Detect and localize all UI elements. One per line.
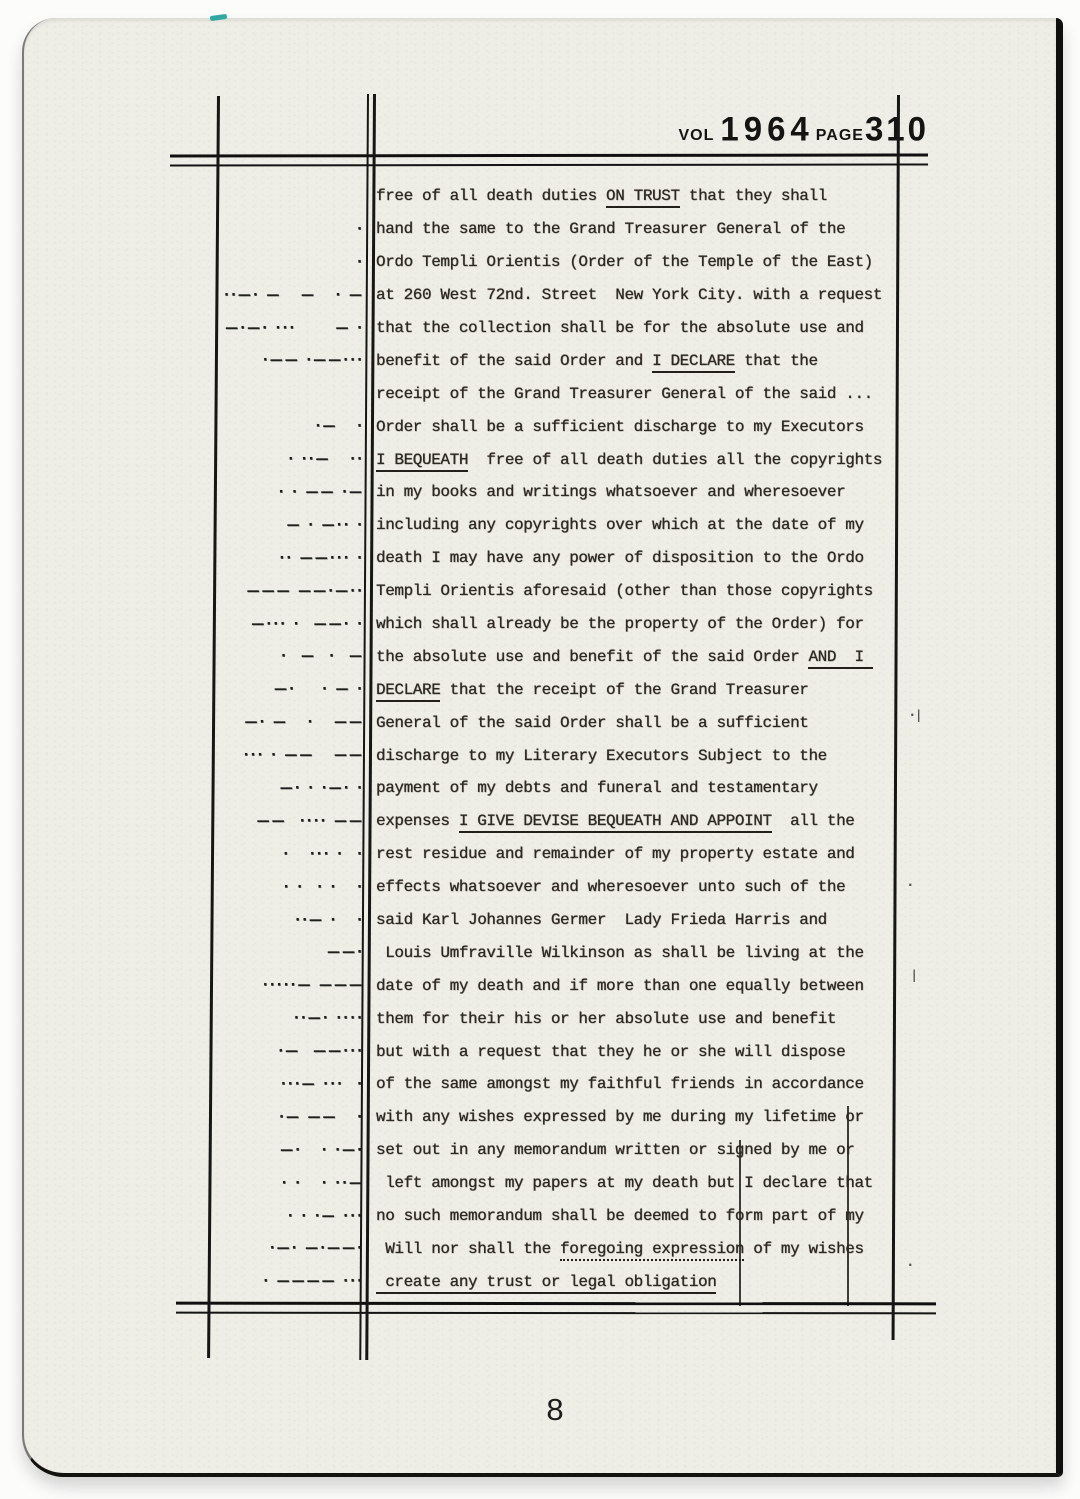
margin-marks: · — · — — [214, 649, 376, 664]
document-line: —· · — ·DECLARE that the receipt of the … — [214, 673, 940, 706]
document-line: —··· · ——· ·which shall already be the p… — [214, 608, 940, 641]
line-text: Ordo Templi Orientis (Order of the Templ… — [376, 253, 940, 271]
margin-marks: · · · ··— — [214, 1176, 376, 1191]
margin-marks: ···— ··· · — [214, 1077, 376, 1092]
line-text: but with a request that they he or she w… — [376, 1043, 940, 1061]
teal-ink-mark — [210, 14, 228, 21]
margin-marks: · · ·— ··· — [214, 1209, 376, 1224]
line-text: free of all death duties ON TRUST that t… — [376, 187, 940, 205]
margin-marks: ——— ——·—·· — [214, 584, 376, 599]
line-text: them for their his or her absolute use a… — [376, 1010, 940, 1028]
document-line: ·hand the same to the Grand Treasurer Ge… — [214, 213, 940, 246]
document-line: —·—· ··· — ·that the collection shall be… — [214, 312, 940, 345]
document-line: ··—· — — · —at 260 West 72nd. Street New… — [214, 279, 940, 312]
document-line: · — · —the absolute use and benefit of t… — [214, 640, 940, 673]
line-text: death I may have any power of dispositio… — [376, 549, 940, 567]
scan-speck: · — [908, 878, 915, 892]
line-text: discharge to my Literary Executors Subje… — [376, 747, 940, 765]
document-line: ··—· ····them for their his or her absol… — [214, 1002, 940, 1035]
margin-marks: —·—· ··· — · — [214, 321, 376, 336]
scanned-page: VOL 1964 PAGE 310 free of all death duti… — [22, 18, 1063, 1477]
margin-marks: ·— · — [214, 419, 376, 434]
document-line: —· · ·—·set out in any memorandum writte… — [214, 1134, 940, 1167]
margin-marks: ·—· —·——· — [214, 1241, 376, 1256]
line-text: Will nor shall the foregoing expression … — [376, 1240, 940, 1258]
document-line: · · ·— ···no such memorandum shall be de… — [214, 1200, 940, 1233]
document-line: ·—· —·——· Will nor shall the foregoing e… — [214, 1233, 940, 1266]
line-text: benefit of the said Order and I DECLARE … — [376, 352, 940, 370]
line-text: with any wishes expressed by me during m… — [376, 1108, 940, 1126]
margin-marks: —· · ·—· — [214, 1143, 376, 1158]
document-line: ·— —— ·with any wishes expressed by me d… — [214, 1101, 940, 1134]
margin-marks: · — [214, 255, 376, 270]
document-line: ·— ——···but with a request that they he … — [214, 1035, 940, 1068]
line-text: hand the same to the Grand Treasurer Gen… — [376, 220, 940, 238]
line-text: at 260 West 72nd. Street New York City. … — [376, 286, 940, 304]
margin-marks: · · · · · — [214, 880, 376, 895]
vol-label: VOL — [678, 127, 714, 145]
margin-marks: —· · ·—· · — [214, 781, 376, 796]
document-line: ——· Louis Umfraville Wilkinson as shall … — [214, 936, 940, 969]
line-text: receipt of the Grand Treasurer General o… — [376, 385, 940, 403]
line-text: in my books and writings whatsoever and … — [376, 483, 940, 501]
document-line: · · —— ·—in my books and writings whatso… — [214, 476, 940, 509]
document-line: —— ···· ——expenses I GIVE DEVISE BEQUEAT… — [214, 805, 940, 838]
vol-value: 1964 — [720, 109, 813, 149]
margin-marks: · ··· · · — [214, 847, 376, 862]
document-line: ·· ——··· ·death I may have any power of … — [214, 542, 940, 575]
document-line: ——— ——·—··Templi Orientis aforesaid (oth… — [214, 575, 940, 608]
margin-marks: · — [214, 222, 376, 237]
document-line: ·Ordo Templi Orientis (Order of the Temp… — [214, 246, 940, 279]
line-text: date of my death and if more than one eq… — [376, 977, 940, 995]
document-line: —· — · ——General of the said Order shall… — [214, 706, 940, 739]
document-line: · ··· · ·rest residue and remainder of m… — [214, 838, 940, 871]
document-line: free of all death duties ON TRUST that t… — [214, 180, 940, 213]
document-line: · ··— ··I BEQUEATH free of all death dut… — [214, 443, 940, 476]
margin-marks: ·····— ——— — [214, 978, 376, 993]
line-text: effects whatsoever and wheresoever unto … — [376, 878, 940, 896]
line-text: said Karl Johannes Germer Lady Frieda Ha… — [376, 911, 940, 929]
line-text: which shall already be the property of t… — [376, 615, 940, 633]
margin-marks: ··— · · — [214, 913, 376, 928]
line-text: left amongst my papers at my death but I… — [376, 1174, 940, 1192]
document-line: ·—— ·——···benefit of the said Order and … — [214, 344, 940, 377]
line-text: including any copyrights over which at t… — [376, 516, 940, 534]
margin-marks: ··· · —— —— — [214, 748, 376, 763]
bottom-rule — [176, 1302, 936, 1315]
line-text: create any trust or legal obligation — [376, 1273, 940, 1291]
document-line: ···— ··· ·of the same amongst my faithfu… — [214, 1068, 940, 1101]
margin-marks: ··—· ···· — [214, 1011, 376, 1026]
line-text: General of the said Order shall be a suf… — [376, 714, 940, 732]
margin-marks: · ··— ·· — [214, 452, 376, 467]
scan-speck: | — [912, 968, 918, 982]
margin-marks: ·— —— · — [214, 1110, 376, 1125]
margin-marks: ··—· — — · — — [214, 288, 376, 303]
line-text: Templi Orientis aforesaid (other than th… — [376, 582, 940, 600]
margin-marks: —— ···· —— — [214, 814, 376, 829]
line-text: Order shall be a sufficient discharge to… — [376, 418, 940, 436]
margin-marks: · ———— ··· — [214, 1274, 376, 1289]
line-text: DECLARE that the receipt of the Grand Tr… — [376, 681, 940, 699]
document-line: ·····— ———date of my death and if more t… — [214, 969, 940, 1002]
line-text: that the collection shall be for the abs… — [376, 319, 940, 337]
page-label: PAGE — [816, 127, 864, 145]
line-text: rest residue and remainder of my propert… — [376, 845, 940, 863]
document-body: free of all death duties ON TRUST that t… — [214, 180, 940, 1298]
scan-speck: · — [908, 1258, 915, 1272]
margin-marks: · · —— ·— — [214, 485, 376, 500]
line-text: of the same amongst my faithful friends … — [376, 1075, 940, 1093]
document-line: —· · ·—· ·payment of my debts and funera… — [214, 772, 940, 805]
document-line: ·— ·Order shall be a sufficient discharg… — [214, 410, 940, 443]
margin-marks: ·— ——··· — [214, 1044, 376, 1059]
margin-marks: ·· ——··· · — [214, 551, 376, 566]
document-line: · ———— ··· create any trust or legal obl… — [214, 1265, 940, 1298]
line-text: the absolute use and benefit of the said… — [376, 648, 940, 666]
document-line: ··· · —— ——discharge to my Literary Exec… — [214, 739, 940, 772]
margin-marks: —· · — · — [214, 682, 376, 697]
document-line: · · · · ·effects whatsoever and wheresoe… — [214, 871, 940, 904]
line-text: expenses I GIVE DEVISE BEQUEATH AND APPO… — [376, 812, 940, 830]
margin-marks: ——· — [214, 945, 376, 960]
document-line: receipt of the Grand Treasurer General o… — [214, 377, 940, 410]
line-text: no such memorandum shall be deemed to fo… — [376, 1207, 940, 1225]
margin-marks: —· — · —— — [214, 715, 376, 730]
top-rule — [170, 153, 928, 166]
volume-page-stamp: VOL 1964 PAGE 310 — [679, 110, 929, 154]
margin-marks: —··· · ——· · — [214, 617, 376, 632]
document-line: · · · ··— left amongst my papers at my d… — [214, 1167, 940, 1200]
line-text: I BEQUEATH free of all death duties all … — [376, 451, 940, 469]
line-text: set out in any memorandum written or sig… — [376, 1141, 940, 1159]
margin-marks: — · —·· · — [214, 518, 376, 533]
document-line: — · —·· ·including any copyrights over w… — [214, 509, 940, 542]
scan-speck: ·| — [910, 708, 923, 722]
margin-marks: ·—— ·——··· — [214, 353, 376, 368]
line-text: payment of my debts and funeral and test… — [376, 779, 940, 797]
line-text: Louis Umfraville Wilkinson as shall be l… — [376, 944, 940, 962]
document-line: ··— · ·said Karl Johannes Germer Lady Fr… — [214, 904, 940, 937]
page-number: 8 — [520, 1392, 590, 1428]
